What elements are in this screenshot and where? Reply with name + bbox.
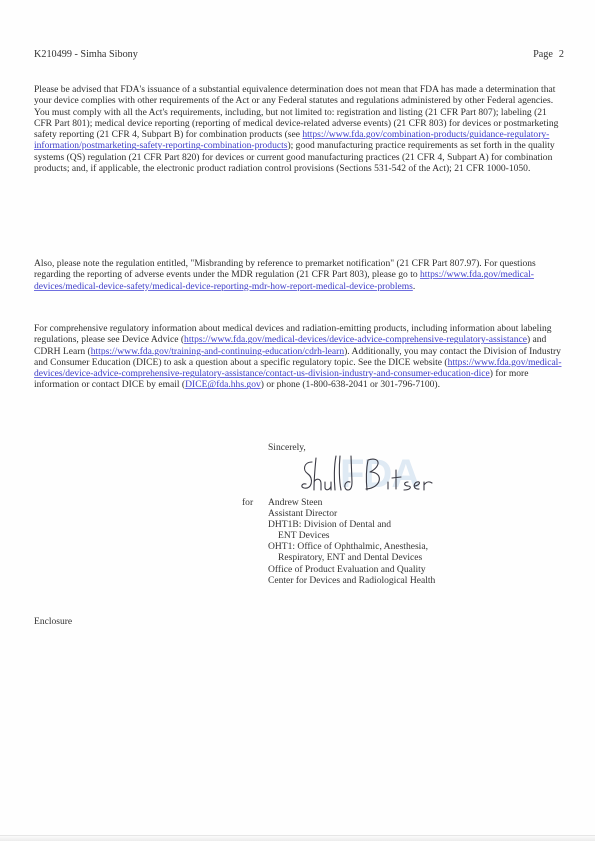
signatory-division-cont: ENT Devices: [268, 530, 435, 541]
signatory-details: Andrew Steen Assistant Director DHT1B: D…: [268, 497, 435, 586]
letter-page: K210499 - Simha Sibony Page2 Please be a…: [0, 0, 595, 841]
signatory-name: Andrew Steen: [268, 497, 435, 508]
page-bottom-edge: [0, 835, 595, 841]
page-header: K210499 - Simha Sibony Page2: [34, 49, 564, 60]
dice-email-link[interactable]: DICE@fda.hhs.gov: [185, 379, 261, 390]
paragraph-text: ) or phone (1-800-638-2041 or 301-796-71…: [261, 379, 440, 390]
page-number-value: 2: [559, 49, 564, 60]
paragraph-misbranding: Also, please note the regulation entitle…: [34, 258, 564, 292]
signatory-center: Center for Devices and Radiological Heal…: [268, 575, 435, 586]
signature-icon: [298, 452, 498, 502]
page-label: Page: [533, 49, 553, 60]
cdrh-learn-link[interactable]: https://www.fda.gov/training-and-continu…: [91, 346, 344, 357]
paragraph-compliance: Please be advised that FDA's issuance of…: [34, 84, 564, 174]
paragraph-text: .: [413, 281, 415, 292]
paragraph-regulatory-info: For comprehensive regulatory information…: [34, 323, 564, 391]
signatory-division: DHT1B: Division of Dental and: [268, 519, 435, 530]
device-advice-link[interactable]: https://www.fda.gov/medical-devices/devi…: [184, 334, 527, 345]
page-number: Page2: [533, 49, 564, 60]
signatory-title: Assistant Director: [268, 508, 435, 519]
signatory-office-product: Office of Product Evaluation and Quality: [268, 564, 435, 575]
for-label: for: [242, 497, 253, 508]
signatory-office: OHT1: Office of Ophthalmic, Anesthesia,: [268, 541, 435, 552]
document-reference: K210499 - Simha Sibony: [34, 49, 138, 60]
signatory-office-cont: Respiratory, ENT and Dental Devices: [268, 552, 435, 563]
enclosure-note: Enclosure: [34, 616, 72, 627]
